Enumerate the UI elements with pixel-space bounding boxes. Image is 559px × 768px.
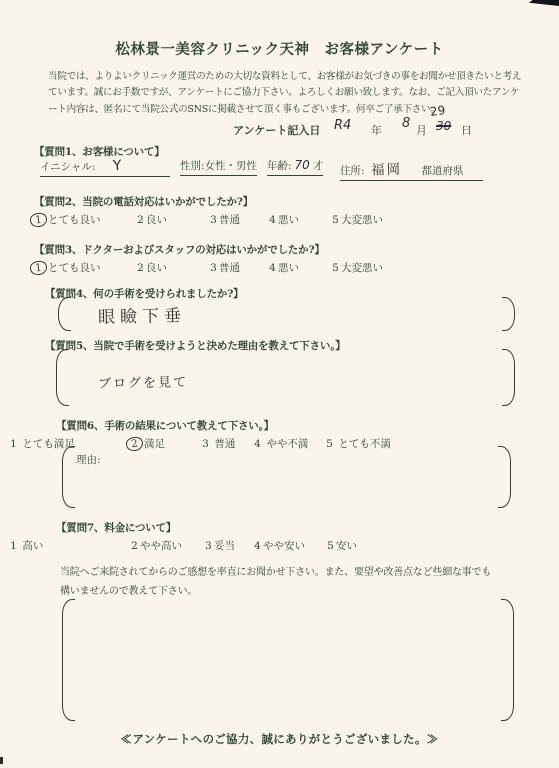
question-2-header: 【質問2、当院の電話対応はいかがでしたか?】 bbox=[34, 194, 253, 209]
date-month-unit: 月 bbox=[416, 122, 427, 138]
q3-option-3-number: 3 bbox=[208, 262, 219, 274]
q3-option-5: 5大変悪い bbox=[330, 260, 383, 275]
q7-option-2-number: 2 bbox=[129, 540, 140, 552]
q6-reason-label: 理由: bbox=[76, 452, 101, 467]
date-day-unit: 日 bbox=[461, 122, 472, 138]
q7-option-1-number: 1 bbox=[8, 540, 19, 552]
question-7-header: 【質問7、料金について】 bbox=[56, 520, 176, 535]
date-label: アンケート記入日 bbox=[233, 122, 320, 138]
q7-option-2: 2やや高い bbox=[129, 538, 182, 553]
q2-option-3-number: 3 bbox=[208, 214, 219, 226]
q2-option-2-number: 2 bbox=[135, 214, 146, 226]
scan-artifact-top-right bbox=[529, 0, 559, 6]
q2-option-1: 1とても良い bbox=[33, 212, 101, 227]
address-suffix: 都道府県 bbox=[422, 165, 464, 177]
q2-option-3-label: 普通 bbox=[219, 214, 240, 226]
q7-option-1: 1 高い bbox=[8, 538, 43, 553]
survey-page: 松林景一美容クリニック天神 お客様アンケート 当院では、よりよいクリニック運営の… bbox=[0, 0, 559, 768]
q2-option-5: 5大変悪い bbox=[330, 212, 383, 227]
q3-option-5-label: 大変悪い bbox=[341, 262, 383, 274]
question-6-header: 【質問6、手術の結果について教えて下さい。】 bbox=[56, 418, 274, 433]
q7-option-4-number: 4 bbox=[252, 540, 263, 552]
q7-option-1-label: 高い bbox=[22, 540, 43, 552]
q6-option-1-number: 1 bbox=[8, 438, 19, 450]
q7-option-4: 4やや安い bbox=[252, 538, 305, 553]
intro-line-3: ート内容は、匿名にて当院公式のSNSに掲載させて頂く事もございます。何卒ご了承下… bbox=[48, 102, 521, 118]
q3-option-1: 1とても良い bbox=[33, 260, 101, 275]
q3-option-2-label: 良い bbox=[146, 262, 167, 274]
q2-option-4-label: 悪い bbox=[278, 214, 299, 226]
intro-line-1: 当院では、よりよいクリニック運営のための大切な資料として、お客様がお気づきの事を… bbox=[48, 69, 521, 85]
address-label: 住所: bbox=[340, 165, 365, 177]
age-value-handwritten: 70 bbox=[292, 158, 313, 172]
q7-option-5-label: 安い bbox=[336, 540, 357, 552]
address-field: 住所:福岡都道府県 bbox=[340, 158, 483, 181]
q4-bracket-left bbox=[58, 297, 71, 331]
gender-label: 性別:女性・男性 bbox=[180, 160, 257, 172]
initial-value-handwritten: Y bbox=[95, 156, 141, 175]
q2-option-1-label: とても良い bbox=[48, 214, 101, 226]
q5-bracket-left bbox=[56, 349, 69, 406]
q2-option-3: 3普通 bbox=[208, 212, 240, 227]
intro-paragraph: 当院では、よりよいクリニック運営のための大切な資料として、お客様がお気づきの事を… bbox=[48, 69, 521, 118]
q7-option-5-number: 5 bbox=[325, 540, 336, 552]
q2-option-2: 2良い bbox=[135, 212, 167, 227]
q7-option-3: 3妥当 bbox=[203, 538, 235, 553]
q5-bracket-right bbox=[502, 349, 515, 406]
address-value-handwritten: 福岡 bbox=[364, 157, 408, 178]
q7-option-2-label: やや高い bbox=[140, 540, 182, 552]
q2-option-2-label: 良い bbox=[146, 214, 167, 226]
q3-option-3-label: 普通 bbox=[219, 262, 240, 274]
page-title: 松林景一美容クリニック天神 お客様アンケート bbox=[0, 38, 559, 59]
intro-line-2: ています。誠にお手数ですが、アンケートにご協力下さい。よろしくお願い致します。な… bbox=[48, 85, 521, 101]
q2-option-4: 4悪い bbox=[267, 212, 299, 227]
comments-prompt-line-1: 当院へご来院されてからのご感想を率直にお聞かせ下さい。また、要望や改善点など些細… bbox=[60, 563, 491, 582]
q2-option-1-number: 1 bbox=[29, 212, 47, 228]
footer-thanks: ≪アンケートへのご協力、誠にありがとうございました。≫ bbox=[0, 731, 559, 747]
q3-option-4: 4悪い bbox=[267, 260, 299, 275]
q6-bracket-right bbox=[498, 446, 511, 508]
comments-bracket-right bbox=[501, 599, 514, 721]
q5-answer-handwritten: ブログを見て bbox=[98, 371, 188, 392]
question-2-options: 1とても良い 2良い 3普通 4悪い 5大変悪い bbox=[0, 212, 559, 229]
initial-label: イニシャル: bbox=[40, 161, 95, 173]
q2-option-4-number: 4 bbox=[267, 214, 278, 226]
q3-option-4-number: 4 bbox=[267, 262, 278, 274]
q3-option-2-number: 2 bbox=[135, 262, 146, 274]
comments-bracket bbox=[62, 599, 514, 721]
q6-bracket-left bbox=[62, 446, 75, 508]
date-month-handwritten: 8 bbox=[402, 116, 410, 131]
q2-option-5-label: 大変悪い bbox=[341, 214, 383, 226]
comments-bracket-left bbox=[62, 599, 75, 721]
q2-option-5-number: 5 bbox=[330, 214, 341, 226]
q3-option-3: 3普通 bbox=[208, 260, 240, 275]
date-day-corrected-handwritten: 29 bbox=[429, 103, 446, 119]
q7-option-4-label: やや安い bbox=[263, 540, 305, 552]
q3-option-5-number: 5 bbox=[330, 262, 341, 274]
q3-option-4-label: 悪い bbox=[278, 262, 299, 274]
date-year-unit: 年 bbox=[371, 122, 382, 138]
q7-option-3-number: 3 bbox=[203, 540, 214, 552]
age-field: 年齢:70才 bbox=[267, 158, 323, 176]
comments-prompt: 当院へご来院されてからのご感想を率直にお聞かせ下さい。また、要望や改善点など些細… bbox=[60, 563, 491, 601]
date-day-crossed-out-handwritten: 30 bbox=[436, 119, 451, 133]
q7-option-3-label: 妥当 bbox=[214, 540, 235, 552]
q3-option-1-number: 1 bbox=[29, 260, 47, 276]
q7-option-5: 5安い bbox=[325, 538, 357, 553]
question-1-fields: イニシャル:Y 性別:女性・男性 年齢:70才 住所:福岡都道府県 bbox=[0, 158, 559, 178]
scan-artifact-bottom-left bbox=[0, 757, 3, 764]
q4-answer-handwritten: 眼瞼下垂 bbox=[98, 301, 186, 328]
age-label: 年齢: bbox=[267, 160, 292, 172]
question-3-options: 1とても良い 2良い 3普通 4悪い 5大変悪い bbox=[0, 260, 559, 277]
q3-option-2: 2良い bbox=[135, 260, 167, 275]
question-7-options: 1 高い 2やや高い 3妥当 4やや安い 5安い bbox=[0, 538, 559, 555]
question-3-header: 【質問3、ドクターおよびスタッフの対応はいかがでしたか?】 bbox=[34, 242, 325, 257]
initial-field: イニシャル:Y bbox=[40, 158, 170, 177]
age-unit: 才 bbox=[313, 160, 324, 172]
date-year-handwritten: R4 bbox=[334, 118, 351, 133]
q6-reason-bracket bbox=[62, 446, 511, 508]
q4-bracket-right bbox=[502, 297, 515, 331]
q3-option-1-label: とても良い bbox=[48, 262, 101, 274]
question-1-header: 【質問1、お客様について】 bbox=[34, 144, 165, 159]
gender-field: 性別:女性・男性 bbox=[180, 158, 257, 176]
